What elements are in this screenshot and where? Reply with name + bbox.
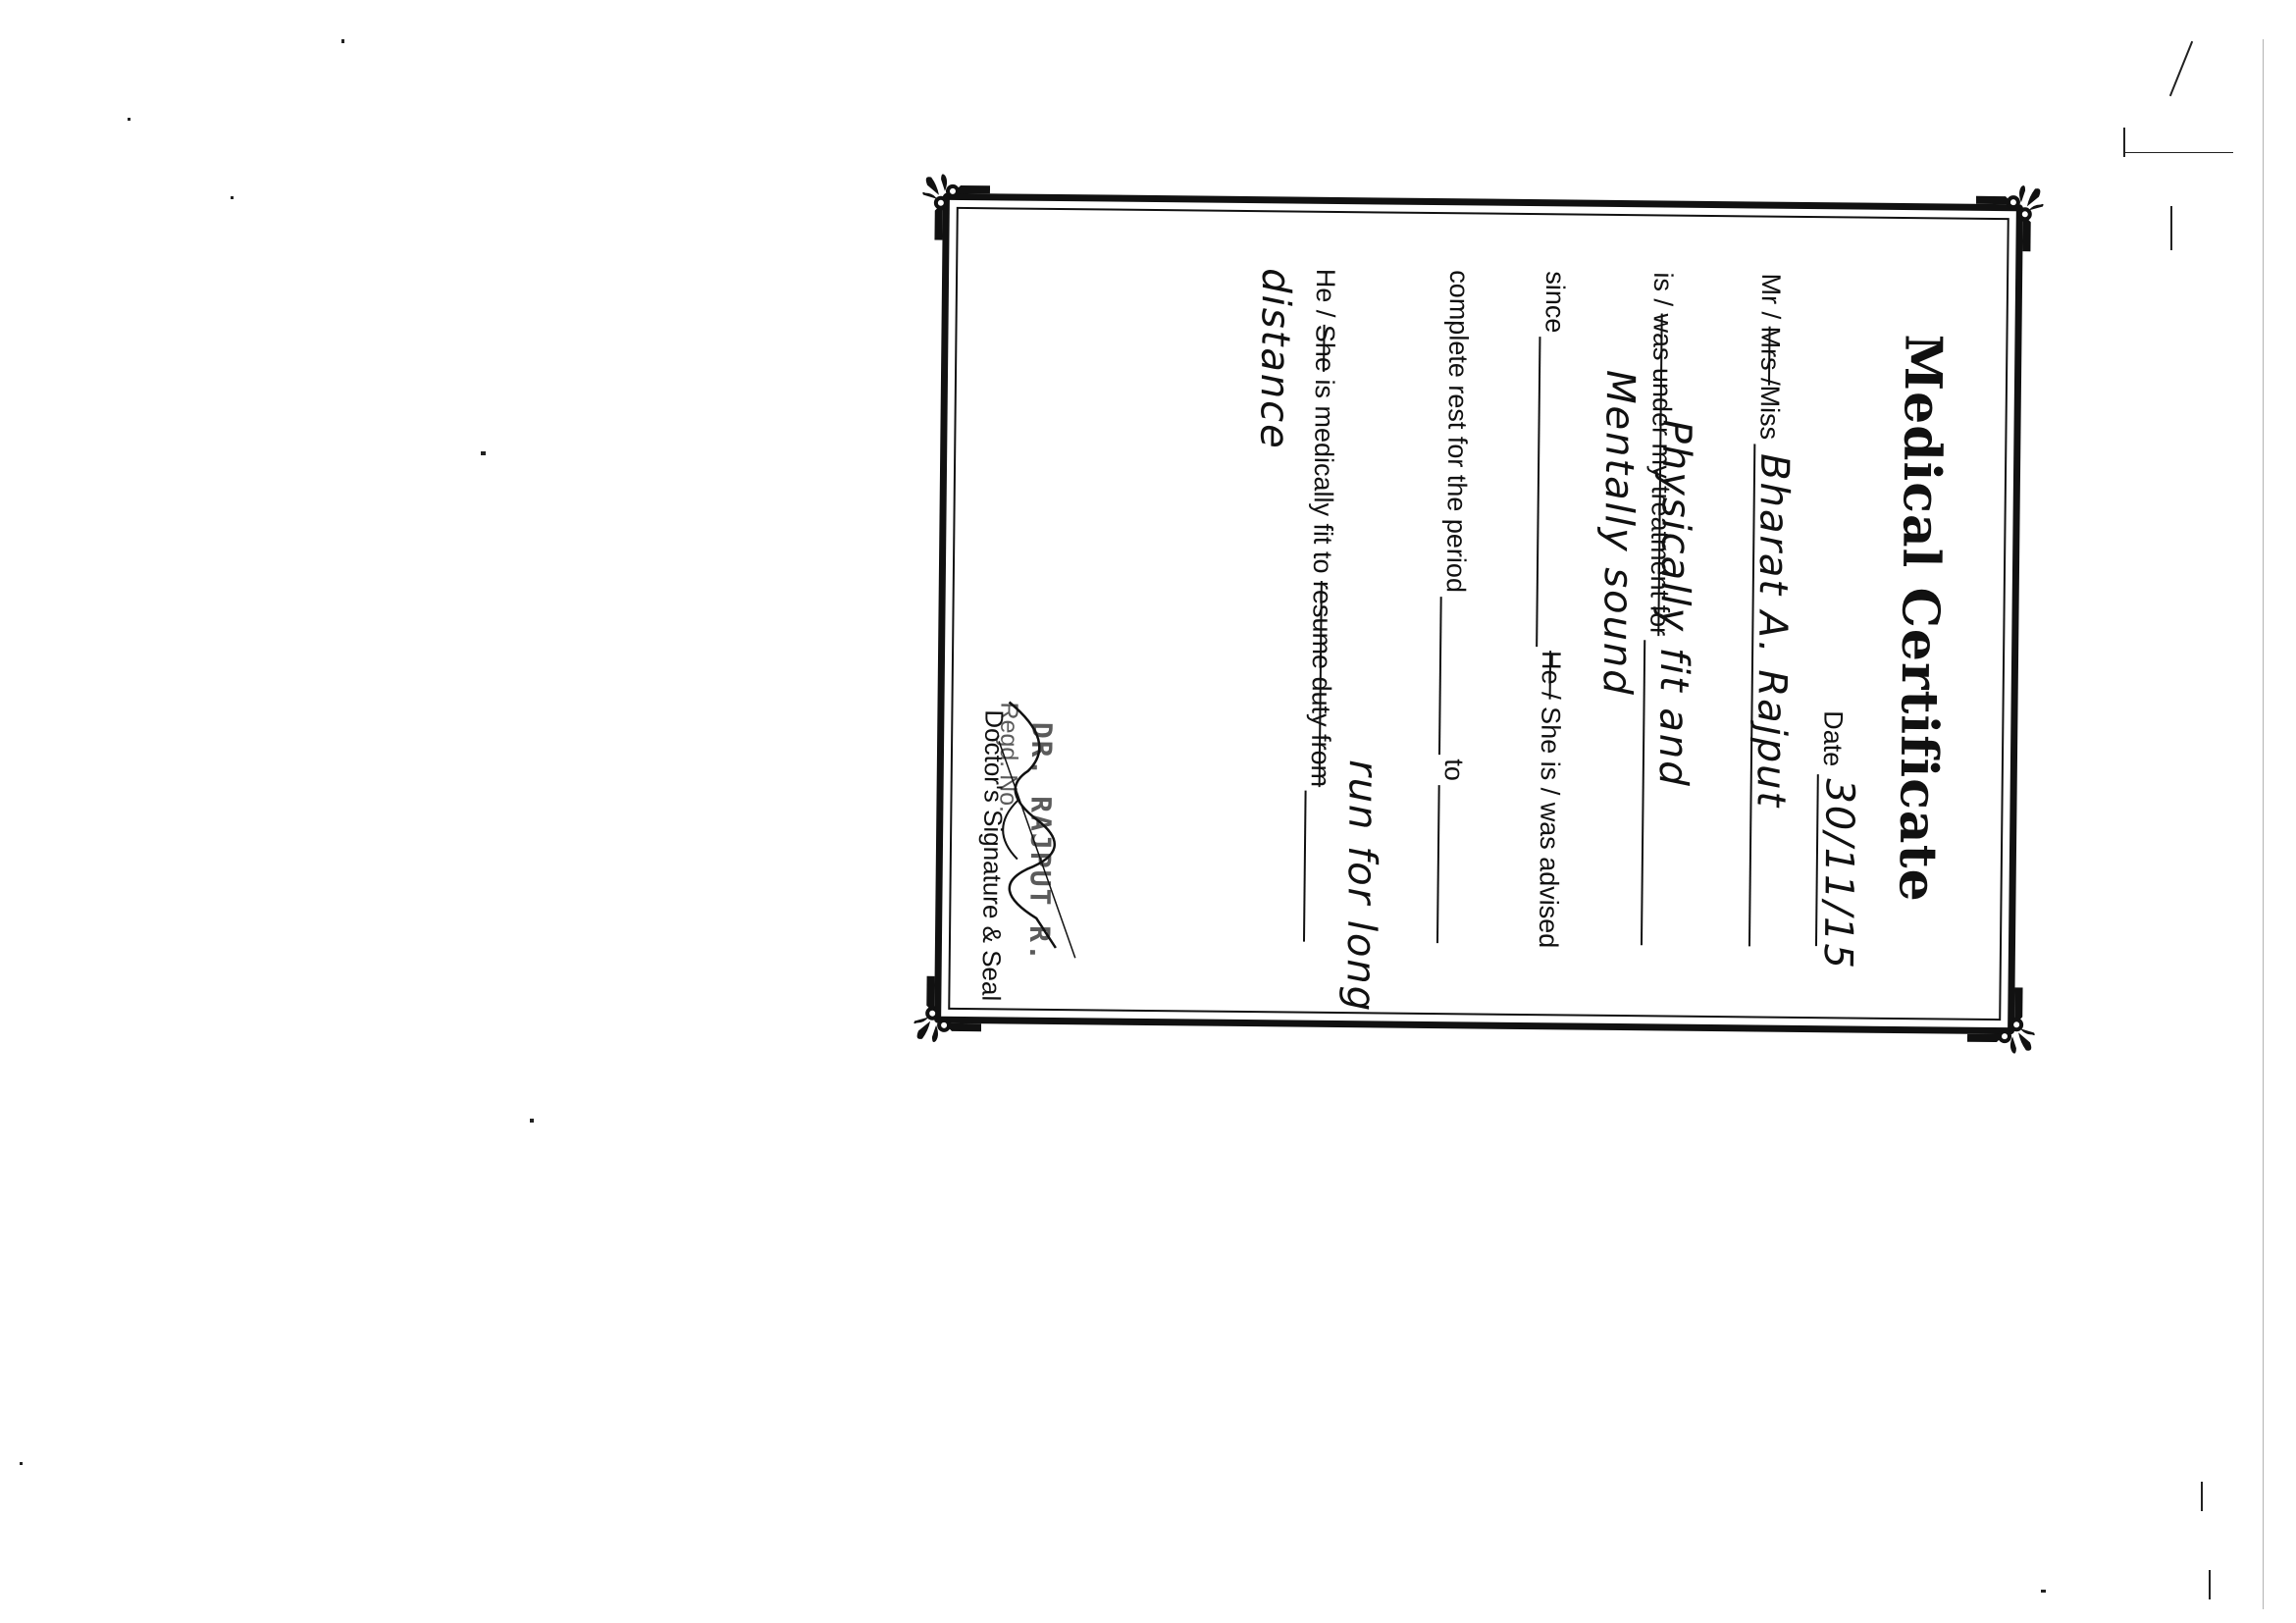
resume-struck: resume duty from <box>1305 581 1337 787</box>
signature-label: Doctor's Signature & Seal <box>975 709 1009 1001</box>
he-label: He / <box>1310 269 1341 318</box>
ornament-corner-icon <box>1975 183 2045 252</box>
date-field: Date 30/11/15 <box>1815 710 1853 946</box>
scan-edge-line <box>2170 206 2172 250</box>
scan-speck <box>530 1119 534 1123</box>
since-field[interactable] <box>1536 337 1570 647</box>
patient-name: Bharat A. Rajput <box>1748 453 1797 810</box>
patient-name-field[interactable]: Bharat A. Rajput <box>1748 444 1785 947</box>
scan-speck <box>128 118 130 121</box>
ornament-corner-icon <box>913 975 982 1045</box>
rest-label: complete rest for the period <box>1440 270 1474 593</box>
scan-speck <box>2041 1590 2046 1593</box>
date-line[interactable]: 30/11/15 <box>1815 774 1852 946</box>
scan-speck <box>481 451 486 455</box>
scan-speck <box>231 196 234 199</box>
fitness-field[interactable] <box>1303 791 1336 942</box>
scan-edge-line <box>2125 152 2233 153</box>
date-value: 30/11/15 <box>1815 778 1862 970</box>
condition-handwritten-2: Mentally sound <box>1594 370 1643 697</box>
rest-from-field[interactable] <box>1438 597 1472 756</box>
fitness-handwritten-2: distance <box>1251 268 1298 450</box>
to-label: to <box>1438 759 1469 781</box>
mr-label: Mr / <box>1755 273 1786 319</box>
she-struck: She <box>1309 325 1340 372</box>
miss-label: Miss <box>1753 385 1785 440</box>
scan-edge-line <box>2169 41 2193 96</box>
scan-edge-line <box>2201 1482 2203 1511</box>
ornament-corner-icon <box>920 172 990 241</box>
medical-certificate: Medical Certificate Date 30/11/15 Mr / M… <box>913 172 2045 1057</box>
ornament-corner-icon <box>1967 987 2037 1057</box>
since-label: since <box>1539 271 1571 333</box>
date-label: Date <box>1817 710 1849 766</box>
advised-text: She is / was advised <box>1533 707 1566 948</box>
scan-edge-line <box>2263 39 2264 1609</box>
fit-text: is medically fit to <box>1307 379 1339 573</box>
is-label: is / <box>1647 272 1678 306</box>
fitness-handwritten-1: run for long <box>1337 759 1385 1013</box>
scan-speck <box>341 39 344 43</box>
condition-handwritten-1: Physically fit and <box>1650 419 1699 788</box>
he-struck: He / <box>1536 651 1567 700</box>
certificate-title: Medical Certificate <box>1886 182 1955 1056</box>
scan-edge-line <box>2209 1570 2211 1599</box>
rest-to-field[interactable] <box>1436 785 1470 944</box>
scan-speck <box>20 1462 23 1465</box>
mrs-struck: Mrs / <box>1754 326 1786 385</box>
